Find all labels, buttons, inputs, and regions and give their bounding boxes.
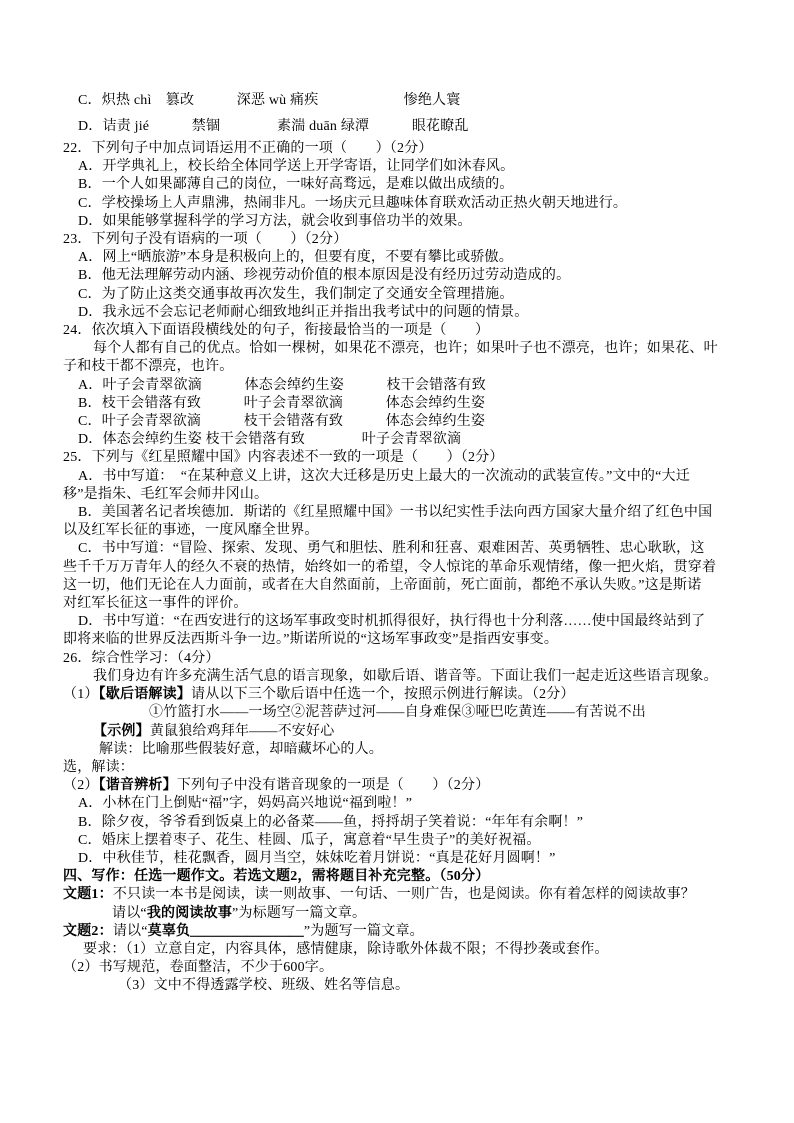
topic1-label: 文题1： <box>63 887 113 902</box>
q23-option-a: A．网上“晒旅游”本身是积极向上的，但要有度，不要有攀比或骄傲。 <box>78 249 754 267</box>
part1-instruction: 请从以下三个歇后语中任选一个，按照示例进行解读。（2分） <box>191 687 575 702</box>
section4-writing-header: 四、写作：任选一题作文。若选文题2，需将题目补充完整。（50分） <box>63 868 754 886</box>
q23-option-d: D．我永远不会忘记老师耐心细致地纠正并指出我考试中的问题的情景。 <box>78 304 754 322</box>
requirement-3: （3）文中不得透露学校、班级、姓名等信息。 <box>118 977 754 995</box>
q26-intro: 我们身边有许多充满生活气息的语言现象，如歇后语、谐音等。下面让我们一起走近这些语… <box>93 668 754 686</box>
part1-bracket-title: 【歇后语解读】 <box>99 687 191 702</box>
topic1-title: 我的阅读故事 <box>147 906 232 921</box>
q26p2-option-c: C．婚床上摆着枣子、花生、桂圆、瓜子，寓意着“早生贵子”的美好祝福。 <box>78 832 754 850</box>
q22-option-a: A．开学典礼上，校长给全体同学送上开学寄语，让同学们如沐春风。 <box>78 158 754 176</box>
q25-option-d-line1: D．书中写道：“在西安进行的这场军事政变时机抓得很好，执行得也十分利落……使中国… <box>78 613 754 631</box>
question-22: 22．下列句子中加点词语运用不正确的一项（ ）（2分） <box>63 140 754 158</box>
part2-bracket-title: 【谐音辨析】 <box>99 778 177 793</box>
q24-passage-line1: 每个人都有自己的优点。恰如一棵树，如果花不漂亮，也许；如果叶子也不漂亮，也许；如… <box>93 340 754 358</box>
q23-option-b: B．他无法理解劳动内涵、珍视劳动价值的根本原因是没有经历过劳动造成的。 <box>78 267 754 285</box>
part2-instruction: 下列句子中没有谐音现象的一项是（ ）（2分） <box>177 778 490 793</box>
part1-number: （1） <box>63 687 99 702</box>
q25-option-b-line2: 以及红军长征的事迹，一度风靡全世界。 <box>63 522 754 540</box>
requirement-2: （2）书写规范，卷面整洁，不少于600字。 <box>63 959 754 977</box>
q24-option-a: A．叶子会青翠欲滴 体态会绰约生姿 枝干会错落有致 <box>78 377 754 395</box>
q23-option-c: C．为了防止这类交通事故再次发生，我们制定了交通安全管理措施。 <box>78 286 754 304</box>
q25-option-c-line2: 些千千万万青年人的经久不衰的热情，始终如一的希望，令人惊诧的革命乐观情绪，像一把… <box>63 559 754 577</box>
q26p2-option-b: B．除夕夜，爷爷看到饭桌上的必备菜——鱼，捋捋胡子笑着说：“年年有余啊！” <box>78 814 754 832</box>
q26p2-option-d: D．中秋佳节，桂花飘香，圆月当空，妹妹吃着月饼说：“真是花好月圆啊！” <box>78 850 754 868</box>
q25-option-c-line1: C．书中写道：“冒险、探索、发现、勇气和胆怯、胜利和狂喜、艰难困苦、英勇牺牲、忠… <box>78 540 754 558</box>
q24-option-d: D．体态会绰约生姿 枝干会错落有致 叶子会青翠欲滴 <box>78 431 754 449</box>
question-23: 23．下列句子没有语病的一项（ ）（2分） <box>63 231 754 249</box>
topic2-line: 文题2：请以“莫辜负＿＿＿＿＿＿＿＿”为题写一篇文章。 <box>63 923 754 941</box>
q22-option-c: C．学校操场上人声鼎沸，热闹非凡。一场庆元旦趣味体育联欢活动正热火朝天地进行。 <box>78 195 754 213</box>
xiehouyu-choices: ①竹篮打水——一场空②泥菩萨过河——自身难保③哑巴吃黄连——有苦说不出 <box>149 704 754 722</box>
example-text: 黄鼠狼给鸡拜年——不安好心 <box>150 724 335 739</box>
question-26: 26．综合性学习：（4分） <box>63 650 754 668</box>
example-interpretation: 解读：比喻那些假装好意，却暗藏坏心的人。 <box>99 741 754 759</box>
example-line: 【示例】黄鼠狼给鸡拜年——不安好心 <box>93 723 754 741</box>
q25-option-d-line2: 即将来临的世界反法西斯斗争一边。”斯诺所说的“这场军事政变”是指西安事变。 <box>63 631 754 649</box>
topic2-suffix: ”为题写一篇文章。 <box>304 924 424 939</box>
q25-option-a-line2: 移”是指朱、毛红军会师井冈山。 <box>63 486 754 504</box>
q24-passage-line2: 子和枝干都不漂亮，也许。 <box>63 358 754 376</box>
topic2-prefix: 请以“ <box>113 924 148 939</box>
topic1-line2: 请以“我的阅读故事”为标题写一篇文章。 <box>112 905 754 923</box>
q25-option-c-line3: 这一切，他们无论在人力面前，或者在大自然面前，上帝面前，死亡面前，都绝不承认失败… <box>63 577 754 595</box>
q22-option-b: B．一个人如果鄙薄自己的岗位，一味好高骛远，是难以做出成绩的。 <box>78 176 754 194</box>
q21-option-d: D．诘责 jié 禁锢 素湍 duān 绿潭 眼花瞭乱 <box>78 114 754 140</box>
question-25: 25．下列与《红星照耀中国》内容表述不一致的一项是（ ）（2分） <box>63 449 754 467</box>
q22-option-d: D．如果能够掌握科学的学习方法，就会收到事倍功半的效果。 <box>78 213 754 231</box>
question-24: 24．依次填入下面语段横线处的句子，衔接最恰当的一项是（ ） <box>63 322 754 340</box>
q26p2-option-a: A．小林在门上倒贴“福”字，妈妈高兴地说“福到啦！” <box>78 795 754 813</box>
topic1-suffix: ”为标题写一篇文章。 <box>232 906 366 921</box>
topic2-title-blank: 莫辜负＿＿＿＿＿＿＿＿ <box>148 924 304 939</box>
exam-paper-page: C．炽热 chì 篡改 深恶 wù 痛疾 惨绝人寰 D．诘责 jié 禁锢 素湍… <box>0 0 794 1123</box>
example-label: 【示例】 <box>93 724 150 739</box>
q24-option-b: B．枝干会错落有致 叶子会青翠欲滴 体态会绰约生姿 <box>78 395 754 413</box>
q26-part1-header: （1）【歇后语解读】请从以下三个歇后语中任选一个，按照示例进行解读。（2分） <box>63 686 754 704</box>
topic1-text: 不只读一本书是阅读，读一则故事、一句话、一则广告，也是阅读。你有着怎样的阅读故事… <box>113 887 695 902</box>
q24-option-c: C．叶子会青翠欲滴 枝干会错落有致 体态会绰约生姿 <box>78 413 754 431</box>
answer-blank-line: 选，解读： <box>63 759 754 777</box>
requirement-1: 要求：（1）立意自定，内容具体，感情健康，除诗歌外体裁不限；不得抄袭或套作。 <box>83 941 754 959</box>
part2-number: （2） <box>63 778 99 793</box>
q21-option-c: C．炽热 chì 篡改 深恶 wù 痛疾 惨绝人寰 <box>78 88 754 114</box>
q25-option-a-line1: A．书中写道： “在某种意义上讲，这次大迁移是历史上最大的一次流动的武装宣传。”… <box>78 468 754 486</box>
topic2-label: 文题2： <box>63 924 113 939</box>
q26-part2-header: （2）【谐音辨析】下列句子中没有谐音现象的一项是（ ）（2分） <box>63 777 754 795</box>
q25-option-c-line4: 对红军长征这一事件的评价。 <box>63 595 754 613</box>
topic1-prefix: 请以“ <box>112 906 147 921</box>
q25-option-b-line1: B．美国著名记者埃德加．斯诺的《红星照耀中国》一书以纪实性手法向西方国家大量介绍… <box>78 504 754 522</box>
topic1-line1: 文题1：不只读一本书是阅读，读一则故事、一句话、一则广告，也是阅读。你有着怎样的… <box>63 886 754 904</box>
